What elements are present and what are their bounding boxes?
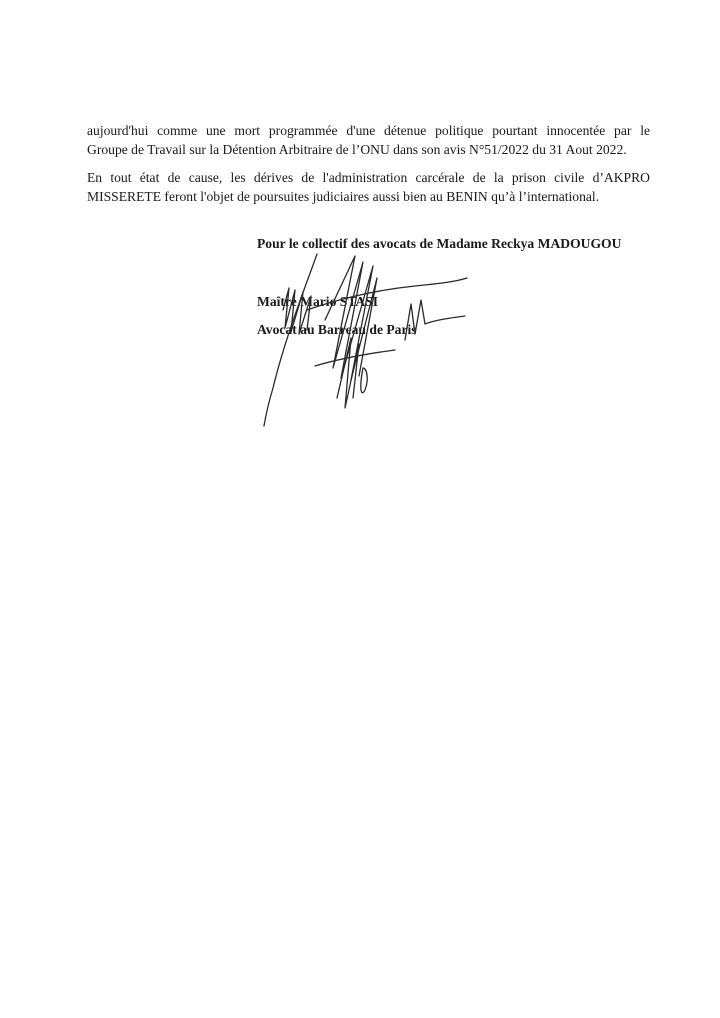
paragraph-line: MISSERETE feront l'objet de poursuites j…	[87, 187, 650, 206]
paragraph-line: aujourd'hui comme une mort programmée d'…	[87, 121, 650, 140]
document-page: aujourd'hui comme une mort programmée d'…	[0, 0, 720, 1018]
signature-heading: Pour le collectif des avocats de Madame …	[257, 236, 621, 252]
paragraph-legal-action: En tout état de cause, les dérives de l'…	[87, 168, 650, 206]
signatory-name: Maître Mario STASI	[257, 294, 378, 310]
paragraph-line: Groupe de Travail sur la Détention Arbit…	[87, 140, 650, 159]
handwritten-signature-icon	[255, 248, 475, 433]
paragraph-onu-opinion: aujourd'hui comme une mort programmée d'…	[87, 121, 650, 159]
paragraph-line: En tout état de cause, les dérives de l'…	[87, 168, 650, 187]
signatory-title: Avocat au Barreau de Paris	[257, 322, 417, 338]
